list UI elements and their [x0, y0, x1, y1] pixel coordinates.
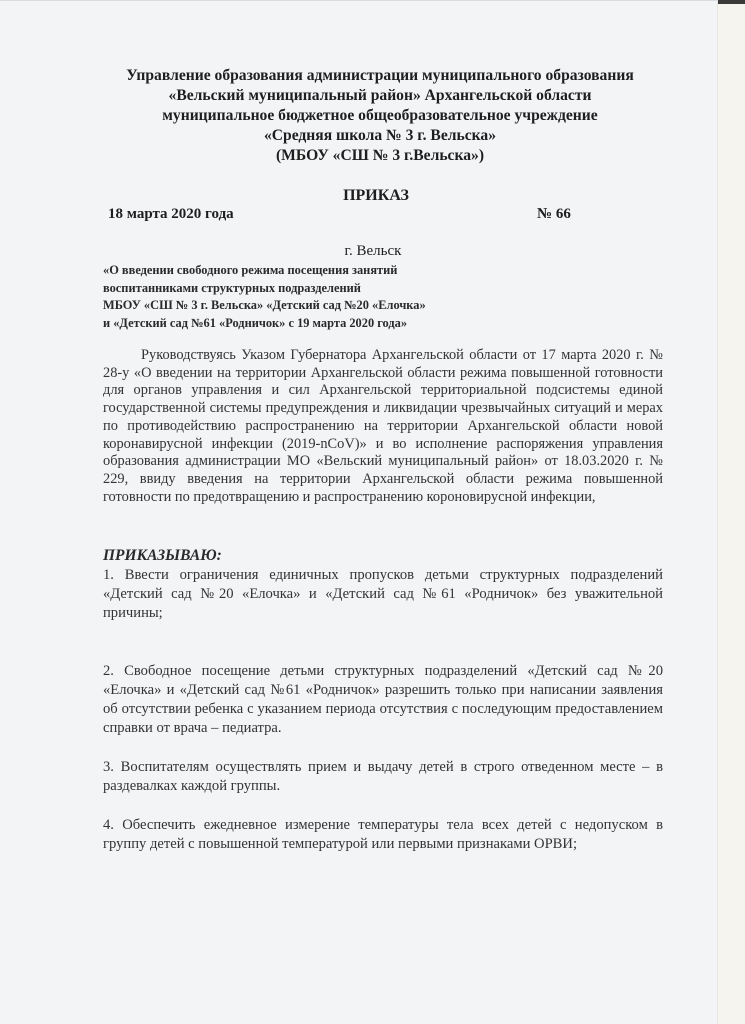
subject-line: воспитанниками структурных подразделений — [103, 280, 503, 298]
subject-line: МБОУ «СШ № 3 г. Вельска» «Детский сад №2… — [103, 297, 503, 315]
order-item: 4. Обеспечить ежедневное измерение темпе… — [103, 816, 663, 854]
scanned-page: Управление образования администрации мун… — [0, 0, 717, 1024]
organization-header: Управление образования администрации мун… — [100, 66, 660, 166]
header-line: «Вельский муниципальный район» Архангель… — [100, 86, 660, 106]
order-item: 1. Ввести ограничения единичных пропуско… — [103, 566, 663, 623]
order-city: г. Вельск — [303, 243, 443, 260]
order-item: 2. Свободное посещение детьми структурны… — [103, 662, 663, 738]
header-line: муниципальное бюджетное общеобразователь… — [100, 106, 660, 126]
order-date: 18 марта 2020 года — [108, 206, 234, 223]
subject-line: «О введении свободного режима посещения … — [103, 262, 503, 280]
header-line: Управление образования администрации мун… — [100, 66, 660, 86]
header-line: (МБОУ «СШ № 3 г.Вельска») — [100, 146, 660, 166]
orders-heading: ПРИКАЗЫВАЮ: — [103, 547, 222, 565]
document-title: ПРИКАЗ — [316, 187, 436, 205]
header-line: «Средняя школа № 3 г. Вельска» — [100, 126, 660, 146]
order-subject: «О введении свободного режима посещения … — [103, 262, 503, 332]
scanner-margin — [717, 0, 745, 1024]
preamble-paragraph: Руководствуясь Указом Губернатора Арханг… — [103, 347, 663, 506]
order-number: № 66 — [537, 206, 571, 223]
subject-line: и «Детский сад №61 «Родничок» с 19 марта… — [103, 315, 503, 333]
order-item: 3. Воспитателям осуществлять прием и выд… — [103, 758, 663, 796]
page-edge — [0, 0, 717, 1]
